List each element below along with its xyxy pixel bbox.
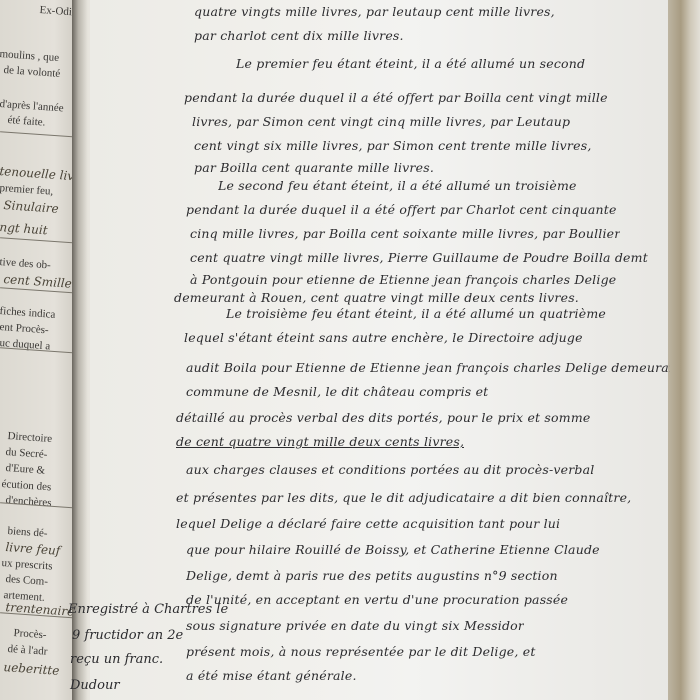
- manuscript-line: présent mois, à nous représentée par le …: [186, 644, 536, 659]
- manuscript-line: par Boilla cent quarante mille livres.: [194, 160, 434, 175]
- manuscript-line: Le troisième feu étant éteint, il a été …: [226, 306, 606, 321]
- printed-line: ux prescrits: [1, 557, 53, 573]
- handwritten-annotation: livre feuf: [5, 540, 61, 558]
- manuscript-line: pendant la durée duquel il a été offert …: [186, 202, 617, 217]
- manuscript-line: demeurant à Rouen, cent quatre vingt mil…: [174, 290, 579, 305]
- printed-line: de la volonté: [3, 64, 61, 80]
- page-edge: [668, 0, 700, 700]
- margin-note-line: 9 fructidor an 2e: [72, 628, 183, 643]
- printed-line: biens dé-: [7, 525, 48, 540]
- manuscript-line: livres, par Simon cent vingt cinq mille …: [192, 114, 570, 129]
- printed-line: ent Procès-: [0, 321, 49, 336]
- printed-line: dé à l'adr: [7, 643, 48, 658]
- manuscript-line: à Pontgouin pour etienne de Etienne jean…: [190, 272, 616, 287]
- handwritten-annotation: Sinulaire: [3, 198, 59, 216]
- manuscript-line: audit Boila pour Etienne de Etienne jean…: [186, 360, 670, 375]
- handwritten-annotation: ueberitte: [3, 660, 60, 678]
- manuscript-line: Le premier feu étant éteint, il a été al…: [236, 56, 585, 71]
- manuscript-line: détaillé au procès verbal des dits porté…: [176, 410, 590, 425]
- manuscript-line: de l'unité, en acceptant en vertu d'une …: [186, 592, 568, 607]
- manuscript-line: par charlot cent dix mille livres.: [194, 28, 404, 43]
- printed-line: Directoire: [7, 430, 52, 445]
- printed-line: premier feu,: [0, 182, 54, 198]
- manuscript-line: commune de Mesnil, le dit château compri…: [186, 384, 488, 399]
- manuscript-line: cent quatre vingt mille livres, Pierre G…: [190, 250, 648, 265]
- manuscript-line: a été mise étant générale.: [186, 668, 357, 683]
- printed-line: d'enchères: [5, 494, 52, 509]
- printed-line: du Secré-: [5, 446, 48, 461]
- manuscript-line: aux charges clauses et conditions portée…: [186, 462, 594, 477]
- manuscript-line: Delige, demt à paris rue des petits augu…: [186, 568, 558, 583]
- printed-line: d'après l'année: [0, 98, 64, 114]
- manuscript-line: et présentes par les dits, que le dit ad…: [176, 490, 631, 505]
- margin-note-line: Enregistré à Chartres le: [68, 602, 228, 617]
- printed-rule: [0, 131, 78, 138]
- printed-line: des Com-: [5, 573, 48, 588]
- margin-note-line: reçu un franc.: [70, 652, 163, 667]
- printed-rule: [0, 237, 78, 244]
- manuscript-line: lequel s'étant éteint sans autre enchère…: [184, 330, 583, 345]
- manuscript-line: de cent quatre vingt mille deux cents li…: [176, 434, 464, 449]
- printed-line: écution des: [1, 478, 52, 493]
- printed-line: Procès-: [13, 627, 47, 641]
- manuscript-line: que pour hilaire Rouillé de Boissy, et C…: [186, 542, 600, 557]
- handwritten-annotation: ngt huit: [0, 220, 48, 237]
- manuscript-line: quatre vingts mille livres, par leutaup …: [194, 4, 555, 19]
- manuscript-line: sous signature privée en date du vingt s…: [186, 618, 524, 633]
- printed-line: moulins , que: [0, 48, 59, 64]
- manuscript-line: cent vingt six mille livres, par Simon c…: [194, 138, 592, 153]
- printed-line: fiches indica: [0, 305, 56, 321]
- printed-line: d'Eure &: [5, 462, 45, 477]
- manuscript-line: pendant la durée duquel il a été offert …: [184, 90, 608, 105]
- printed-line: tive des ob-: [0, 256, 51, 272]
- manuscript-line: Le second feu étant éteint, il a été all…: [218, 178, 577, 193]
- left-book-page: Ex-Odilemoulins , quede la volontéd'aprè…: [0, 0, 78, 700]
- handwritten-annotation: tenouelle livre: [0, 164, 78, 184]
- margin-note-line: Dudour: [70, 678, 120, 693]
- manuscript-line: lequel Delige a déclaré faire cette acqu…: [176, 516, 560, 531]
- printed-line: été faite.: [7, 114, 46, 129]
- manuscript-line: cinq mille livres, par Boilla cent soixa…: [190, 226, 620, 241]
